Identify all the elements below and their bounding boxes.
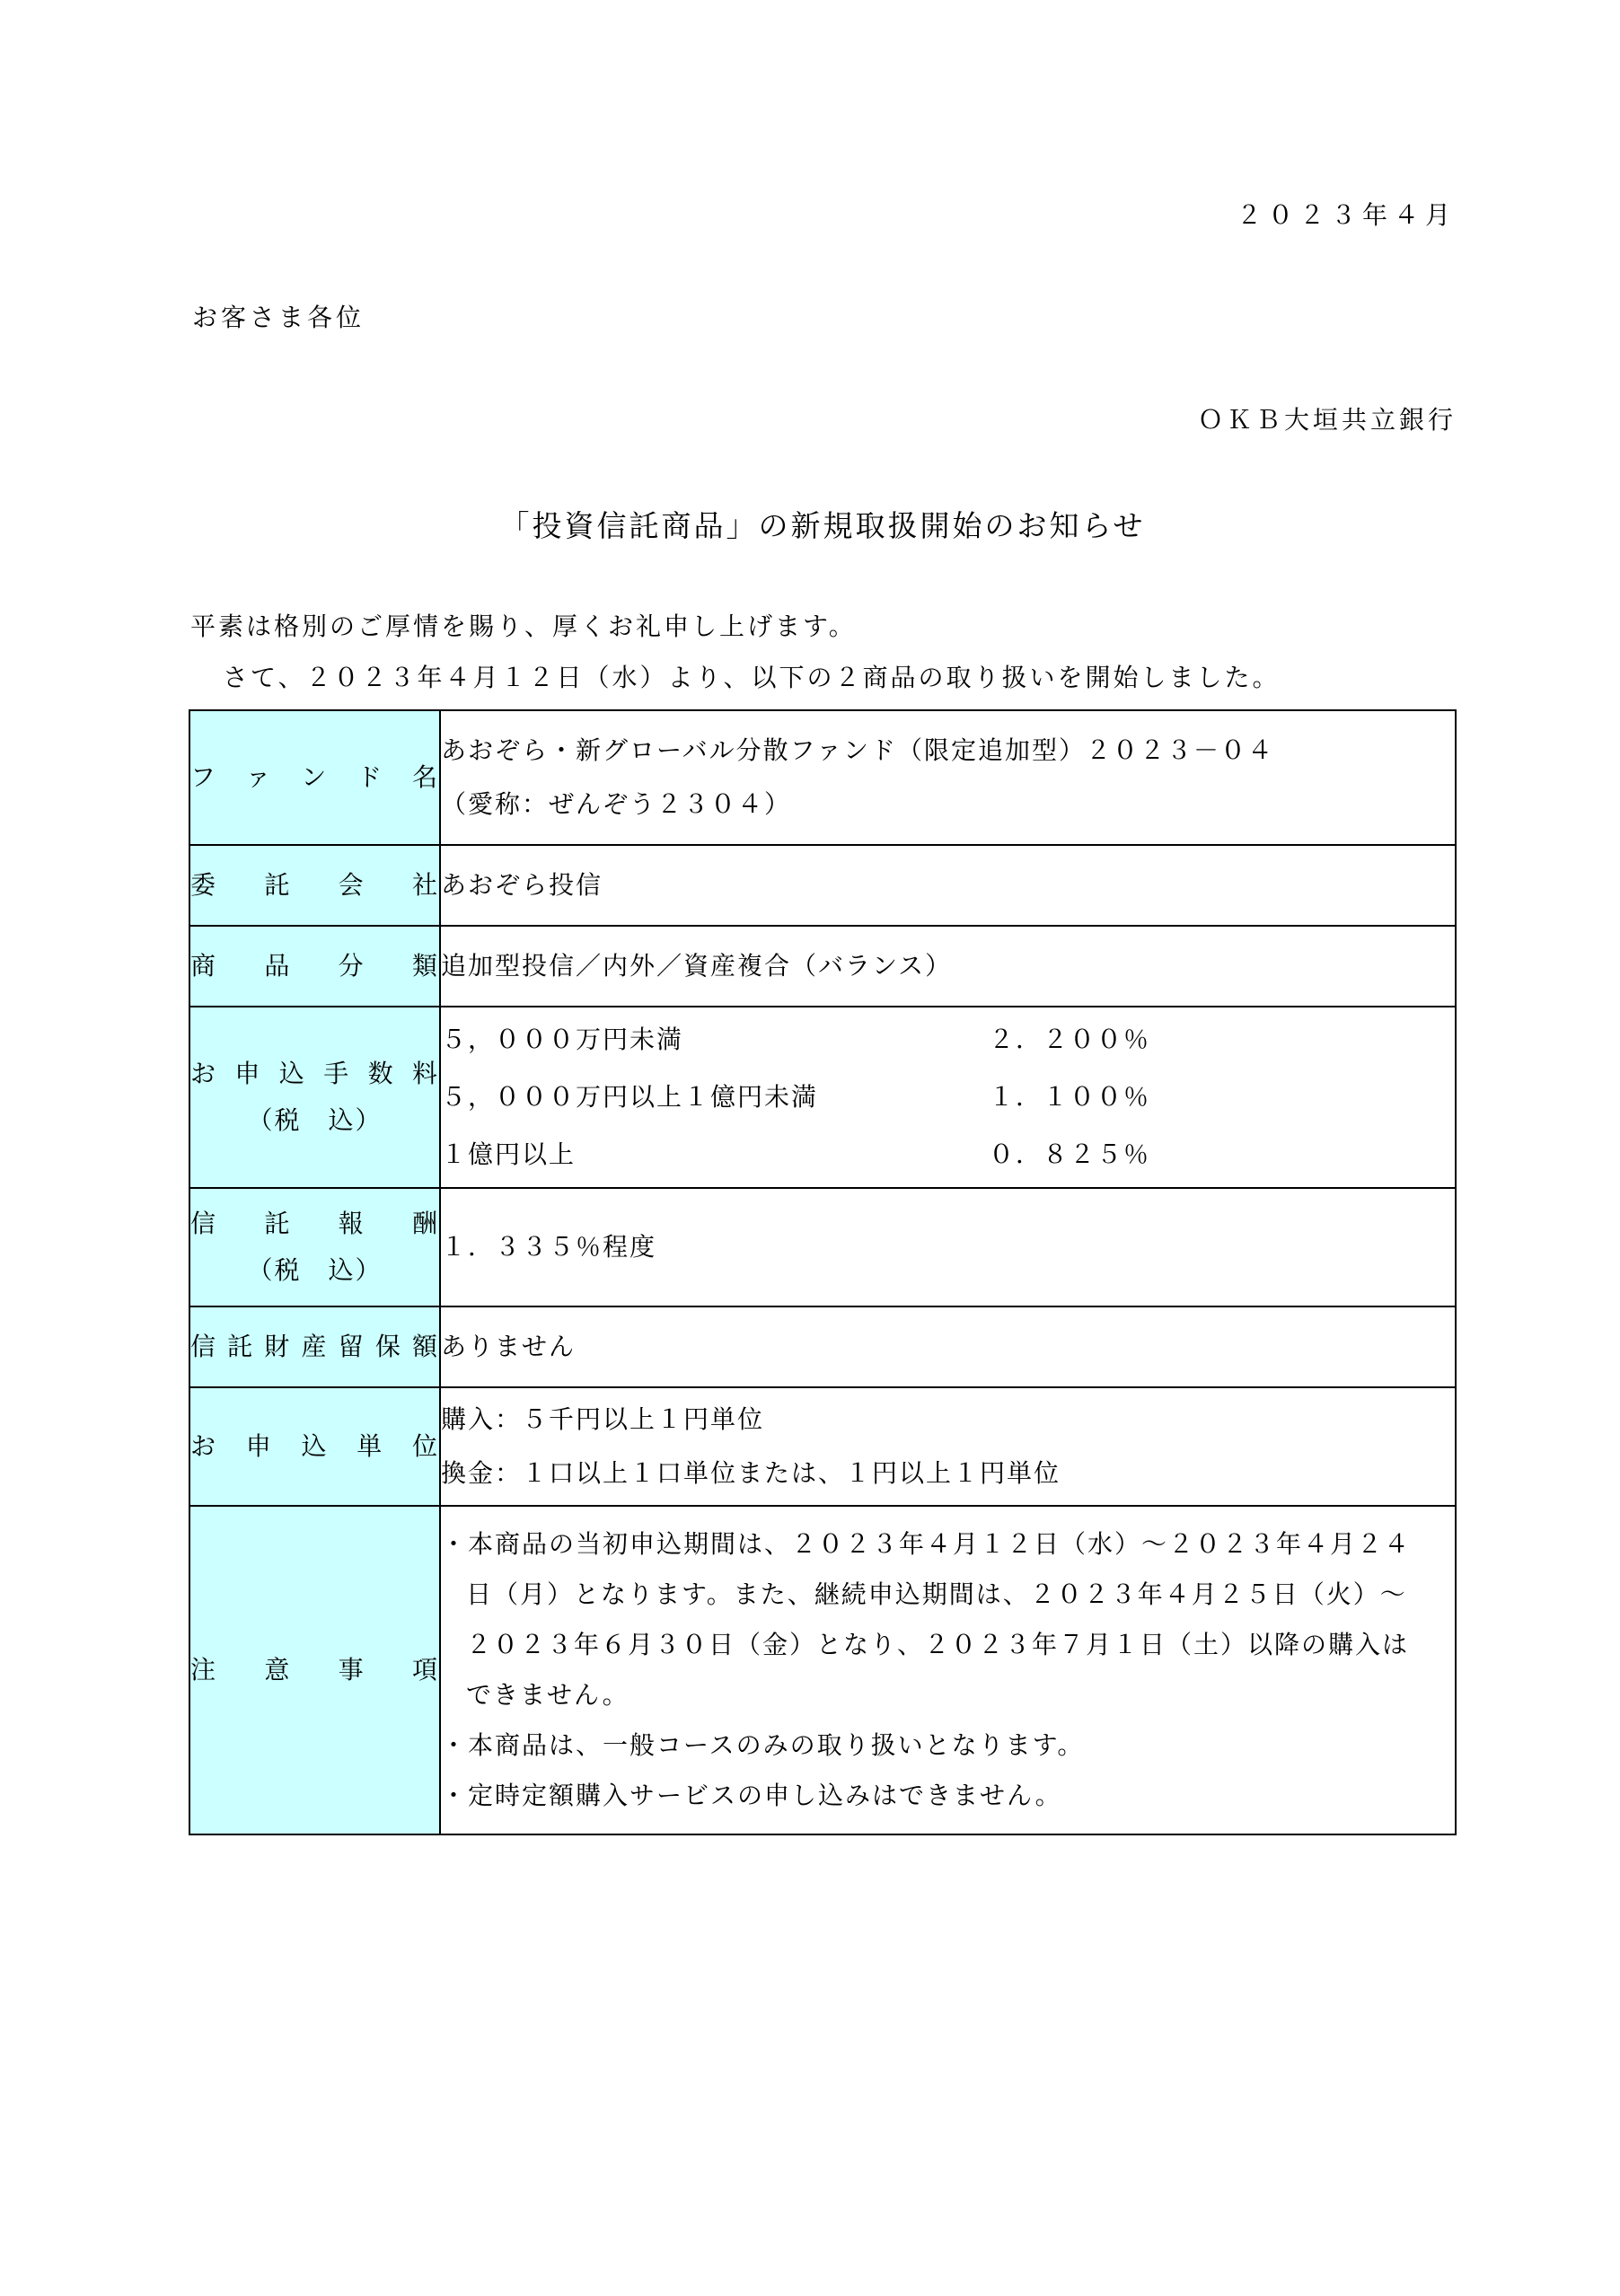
fee-tier-condition: ５，０００万円以上１億円未満 [441, 1069, 989, 1126]
table-row-trustee: 委託会社 あおぞら投信 [189, 845, 1456, 926]
trustee-value: あおぞら投信 [441, 858, 1455, 912]
fee-tier-condition: １億円以上 [441, 1126, 989, 1183]
greeting-line: 平素は格別のご厚情を賜り、厚くお礼申し上げます。 [190, 607, 857, 643]
fee-tier-rate: １．１００％ [989, 1069, 1150, 1126]
fee-tier-rate: ２．２００％ [989, 1011, 1150, 1069]
fund-name-line2: （愛称：ぜんぞう２３０４） [441, 778, 1455, 831]
application-fee-label: お申込手数料 [190, 1051, 439, 1097]
category-header-cell: 商品分類 [189, 926, 440, 1007]
notice-page: ２０２３年４月 お客さま各位 ＯＫＢ大垣共立銀行 「投資信託商品」の新規取扱開始… [0, 0, 1620, 2296]
category-label: 商品分類 [190, 943, 439, 990]
fund-name-header-cell: ファンド名 [189, 710, 440, 845]
table-row-category: 商品分類 追加型投信／内外／資産複合（バランス） [189, 926, 1456, 1007]
product-info-table: ファンド名 あおぞら・新グローバル分散ファンド（限定追加型）２０２３－０４ （愛… [189, 709, 1457, 1835]
application-fee-value-cell: ５，０００万円未満 ２．２００％ ５，０００万円以上１億円未満 １．１００％ １… [440, 1007, 1456, 1188]
notes-value-cell: ・本商品の当初申込期間は、２０２３年４月１２日（水）～２０２３年４月２４日（月）… [440, 1506, 1456, 1834]
fee-tier-rate: ０．８２５％ [989, 1126, 1150, 1183]
trust-fee-header-cell: 信託報酬 （税 込） [189, 1188, 440, 1306]
trust-fee-label-tax: （税 込） [190, 1247, 439, 1294]
trustee-header-cell: 委託会社 [189, 845, 440, 926]
page-title: 「投資信託商品」の新規取扱開始のお知らせ [189, 503, 1457, 545]
application-unit-header-cell: お申込単位 [189, 1387, 440, 1506]
bank-name: ＯＫＢ大垣共立銀行 [189, 400, 1466, 436]
note-item: ・本商品の当初申込期間は、２０２３年４月１２日（水）～２０２３年４月２４日（月）… [441, 1519, 1428, 1720]
table-row-fund-name: ファンド名 あおぞら・新グローバル分散ファンド（限定追加型）２０２３－０４ （愛… [189, 710, 1456, 845]
trust-fee-value: １．３３５％程度 [441, 1220, 1455, 1274]
note-item: ・定時定額購入サービスの申し込みはできません。 [441, 1771, 1428, 1821]
trust-fee-label: 信託報酬 [190, 1201, 439, 1247]
intro-line: さて、２０２３年４月１２日（水）より、以下の２商品の取り扱いを開始しました。 [223, 658, 1280, 694]
fee-tier-row: １億円以上 ０．８２５％ [441, 1126, 1455, 1183]
reserve-value: ありません [441, 1320, 1455, 1374]
notes-list: ・本商品の当初申込期間は、２０２３年４月１２日（水）～２０２３年４月２４日（月）… [441, 1507, 1455, 1834]
category-value: 追加型投信／内外／資産複合（バランス） [441, 939, 1455, 993]
fund-name-label: ファンド名 [190, 754, 439, 801]
notes-header-cell: 注意事項 [189, 1506, 440, 1834]
application-unit-value-cell: 購入：５千円以上１円単位 換金：１口以上１口単位または、１円以上１円単位 [440, 1387, 1456, 1506]
table-row-trust-fee: 信託報酬 （税 込） １．３３５％程度 [189, 1188, 1456, 1306]
fund-name-value-cell: あおぞら・新グローバル分散ファンド（限定追加型）２０２３－０４ （愛称：ぜんぞう… [440, 710, 1456, 845]
reserve-value-cell: ありません [440, 1306, 1456, 1387]
document-date: ２０２３年４月 [189, 196, 1466, 232]
trustee-value-cell: あおぞら投信 [440, 845, 1456, 926]
fee-tier-condition: ５，０００万円未満 [441, 1011, 989, 1069]
application-fee-label-tax: （税 込） [190, 1097, 439, 1144]
notes-label: 注意事項 [190, 1647, 439, 1693]
table-row-application-fee: お申込手数料 （税 込） ５，０００万円未満 ２．２００％ ５，０００万円以上１… [189, 1007, 1456, 1188]
application-fee-header-cell: お申込手数料 （税 込） [189, 1007, 440, 1188]
application-unit-label: お申込単位 [190, 1423, 439, 1470]
trustee-label: 委託会社 [190, 862, 439, 909]
unit-redemption-line: 換金：１口以上１口単位または、１円以上１円単位 [441, 1447, 1455, 1500]
unit-purchase-line: 購入：５千円以上１円単位 [441, 1393, 1455, 1447]
note-item: ・本商品は、一般コースのみの取り扱いとなります。 [441, 1720, 1428, 1771]
fee-tier-row: ５，０００万円以上１億円未満 １．１００％ [441, 1069, 1455, 1126]
salutation: お客さま各位 [192, 298, 365, 334]
reserve-header-cell: 信託財産留保額 [189, 1306, 440, 1387]
trust-fee-value-cell: １．３３５％程度 [440, 1188, 1456, 1306]
reserve-label: 信託財産留保額 [190, 1324, 439, 1370]
table-row-notes: 注意事項 ・本商品の当初申込期間は、２０２３年４月１２日（水）～２０２３年４月２… [189, 1506, 1456, 1834]
fund-name-line1: あおぞら・新グローバル分散ファンド（限定追加型）２０２３－０４ [441, 724, 1455, 778]
table-row-reserve-amount: 信託財産留保額 ありません [189, 1306, 1456, 1387]
category-value-cell: 追加型投信／内外／資産複合（バランス） [440, 926, 1456, 1007]
fee-tier-row: ５，０００万円未満 ２．２００％ [441, 1011, 1455, 1069]
table-row-application-unit: お申込単位 購入：５千円以上１円単位 換金：１口以上１口単位または、１円以上１円… [189, 1387, 1456, 1506]
